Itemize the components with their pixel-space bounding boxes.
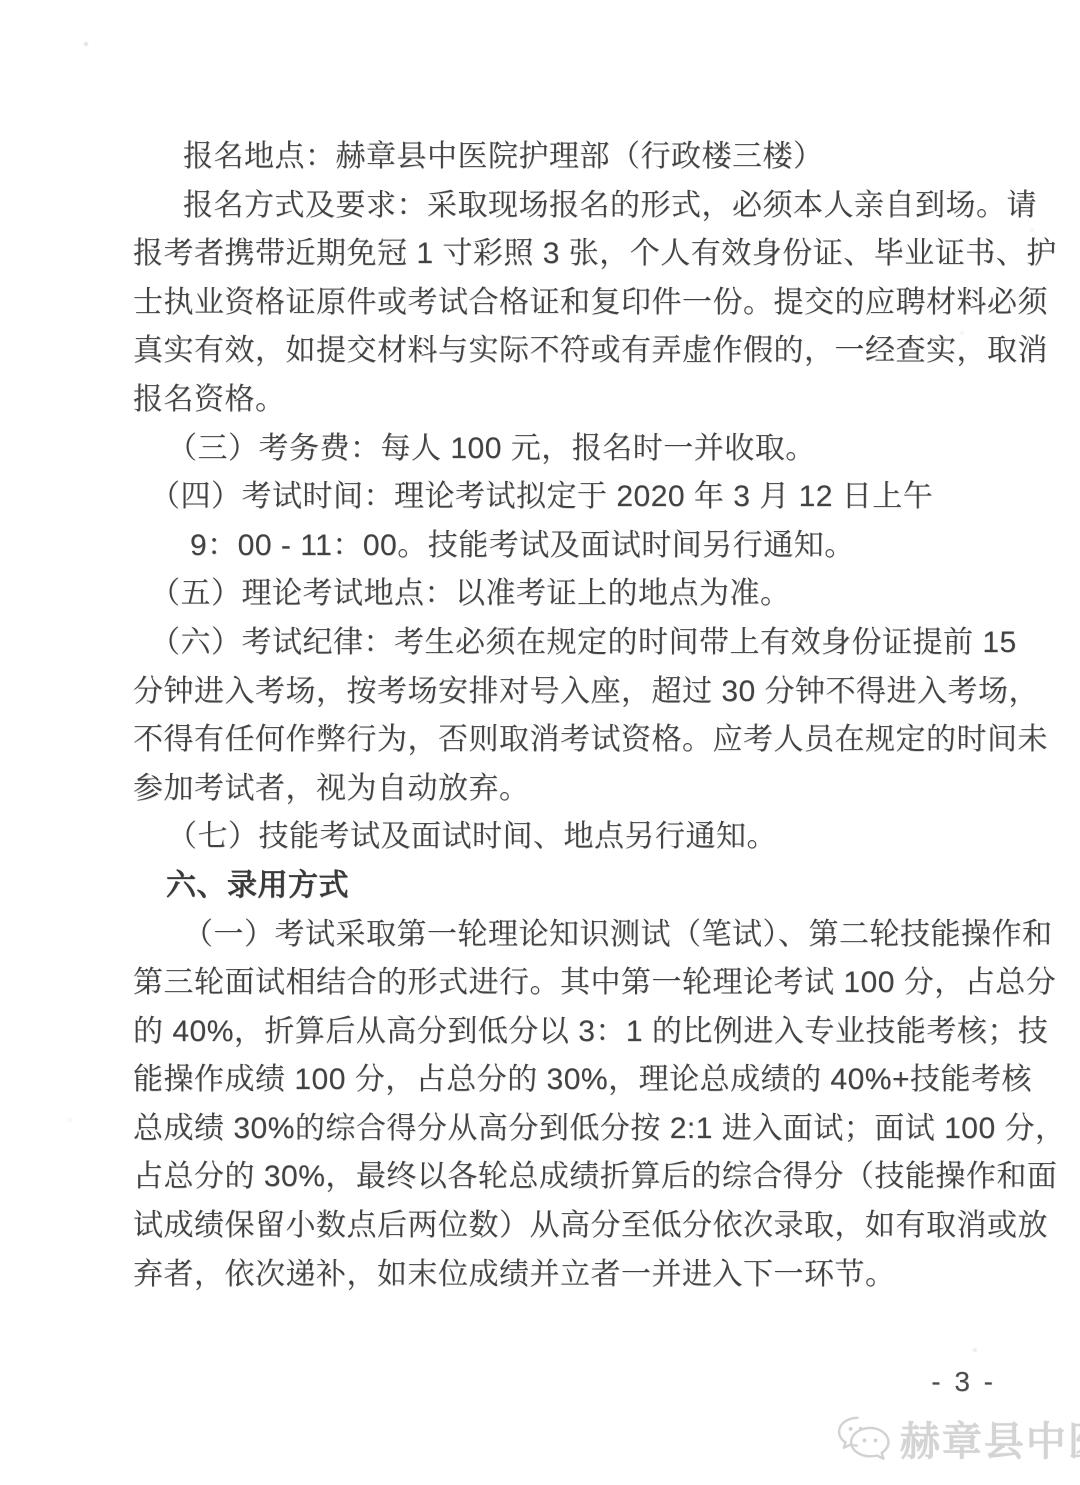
text-line: （六）考试纪律：考生必须在规定的时间带上有效身份证提前 15 (133, 619, 1023, 668)
document-body: 报名地点：赫章县中医院护理部（行政楼三楼）报名方式及要求：采取现场报名的形式，必… (133, 133, 1023, 1299)
text-line: 分钟进入考场，按考场安排对号入座，超过 30 分钟不得进入考场， (133, 668, 1023, 717)
text-line: 报名方式及要求：采取现场报名的形式，必须本人亲自到场。请 (133, 182, 1023, 231)
text-line: 报名资格。 (133, 376, 1023, 425)
scanned-document-page: 报名地点：赫章县中医院护理部（行政楼三楼）报名方式及要求：采取现场报名的形式，必… (0, 0, 1080, 1485)
text-line: （七）技能考试及面试时间、地点另行通知。 (133, 813, 1023, 862)
text-line: 第三轮面试相结合的形式进行。其中第一轮理论考试 100 分，占总分 (133, 959, 1023, 1008)
text-line: 试成绩保留小数点后两位数）从高分至低分依次录取，如有取消或放 (133, 1202, 1023, 1251)
text-line: 参加考试者，视为自动放弃。 (133, 765, 1023, 814)
text-line: （五）理论考试地点：以准考证上的地点为准。 (133, 570, 1023, 619)
section-heading: 六、录用方式 (133, 862, 1023, 911)
text-line: 能操作成绩 100 分，占总分的 30%，理论总成绩的 40%+技能考核 (133, 1056, 1023, 1105)
text-line: 的 40%，折算后从高分到低分以 3：1 的比例进入专业技能考核；技 (133, 1008, 1023, 1057)
text-line: （三）考务费：每人 100 元，报名时一并收取。 (133, 425, 1023, 474)
watermark-text: 赫章县中医院 (900, 1410, 1080, 1467)
text-line: 弃者，依次递补，如末位成绩并立者一并进入下一环节。 (133, 1251, 1023, 1300)
page-number: - 3 - (931, 1366, 996, 1398)
text-line: 真实有效，如提交材料与实际不符或有弄虚作假的，一经查实，取消 (133, 327, 1023, 376)
wechat-icon (836, 1415, 892, 1463)
text-line: 报考者携带近期免冠 1 寸彩照 3 张，个人有效身份证、毕业证书、护 (133, 230, 1023, 279)
wechat-account-watermark: 赫章县中医院 (836, 1410, 1080, 1467)
text-line: （一）考试采取第一轮理论知识测试（笔试）、第二轮技能操作和 (133, 911, 1023, 960)
text-line: 不得有任何作弊行为，否则取消考试资格。应考人员在规定的时间未 (133, 716, 1023, 765)
text-line: 9：00 - 11：00。技能考试及面试时间另行通知。 (133, 522, 1023, 571)
text-line: 总成绩 30%的综合得分从高分到低分按 2:1 进入面试；面试 100 分， (133, 1105, 1023, 1154)
text-line: 士执业资格证原件或考试合格证和复印件一份。提交的应聘材料必须 (133, 279, 1023, 328)
text-line: 占总分的 30%，最终以各轮总成绩折算后的综合得分（技能操作和面 (133, 1153, 1023, 1202)
text-line: （四）考试时间：理论考试拟定于 2020 年 3 月 12 日上午 (133, 473, 1023, 522)
text-line: 报名地点：赫章县中医院护理部（行政楼三楼） (133, 133, 1023, 182)
